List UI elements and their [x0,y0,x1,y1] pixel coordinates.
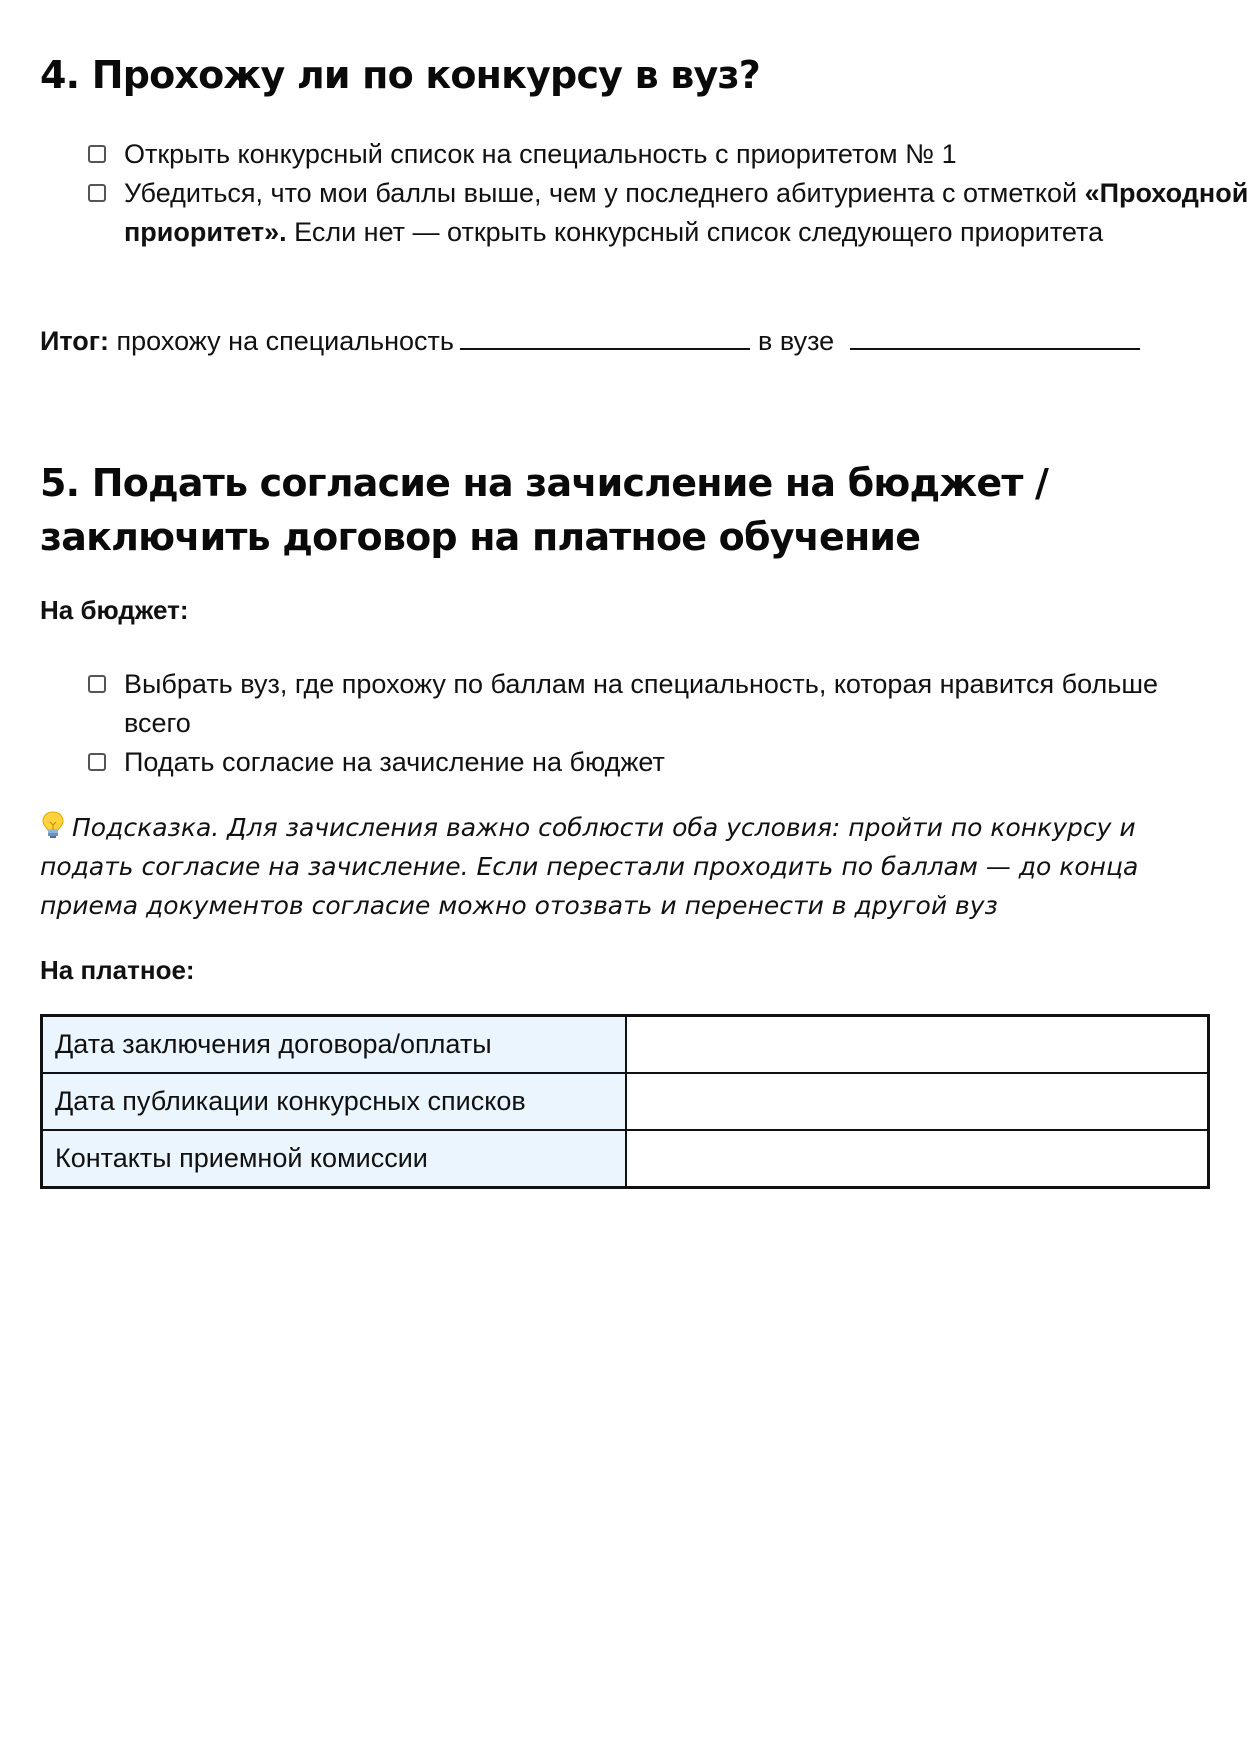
checklist-item-text: Открыть конкурсный список на специальнос… [124,139,957,169]
checkbox[interactable] [88,753,106,771]
result-text-specialty: прохожу на специальность [117,326,454,356]
university-blank-field[interactable] [850,322,1140,350]
table-row-label: Контакты приемной комиссии [42,1130,627,1188]
table-row-label: Дата заключения договора/оплаты [42,1016,627,1074]
checkbox[interactable] [88,675,106,693]
checklist-item: Открыть конкурсный список на специальнос… [86,135,1260,174]
checklist-item-text: Подать согласие на зачисление на бюджет [124,747,665,777]
budget-subheading: На бюджет: [40,592,188,628]
section-4-checklist: Открыть конкурсный список на специальнос… [86,135,1260,252]
table-row: Контакты приемной комиссии [42,1130,1209,1188]
result-label: Итог: [40,326,109,356]
checkbox[interactable] [88,145,106,163]
specialty-blank-field[interactable] [460,322,750,350]
table-row-label: Дата публикации конкурсных списков [42,1073,627,1130]
hint-callout: Подсказка. Для зачисления важно соблюсти… [40,808,1230,925]
result-line: Итог: прохожу на специальностьв вузе [40,322,1148,361]
paid-info-table: Дата заключения договора/оплаты Дата пуб… [40,1014,1210,1189]
table-row-value[interactable] [626,1130,1209,1188]
checklist-item: Выбрать вуз, где прохожу по баллам на сп… [86,665,1186,743]
table-row-value[interactable] [626,1073,1209,1130]
table-row-value[interactable] [626,1016,1209,1074]
checklist-item: Подать согласие на зачисление на бюджет [86,743,1186,782]
lightbulb-icon [40,810,66,840]
checklist-item-text-continued: Если нет — открыть конкурсный список сле… [287,217,1104,247]
paid-subheading: На платное: [40,952,195,988]
section-5-heading: 5. Подать согласие на зачисление на бюдж… [40,456,1240,564]
checklist-item-text: Убедиться, что мои баллы выше, чем у пос… [124,178,1085,208]
result-text-university: в вузе [758,326,834,356]
checklist-item: Убедиться, что мои баллы выше, чем у пос… [86,174,1260,252]
budget-checklist: Выбрать вуз, где прохожу по баллам на сп… [86,665,1186,782]
table-row: Дата публикации конкурсных списков [42,1073,1209,1130]
table-row: Дата заключения договора/оплаты [42,1016,1209,1074]
checkbox[interactable] [88,184,106,202]
section-4-heading: 4. Прохожу ли по конкурсу в вуз? [40,48,760,102]
checklist-item-text: Выбрать вуз, где прохожу по баллам на сп… [124,669,1158,738]
hint-text: Подсказка. Для зачисления важно соблюсти… [40,813,1138,920]
